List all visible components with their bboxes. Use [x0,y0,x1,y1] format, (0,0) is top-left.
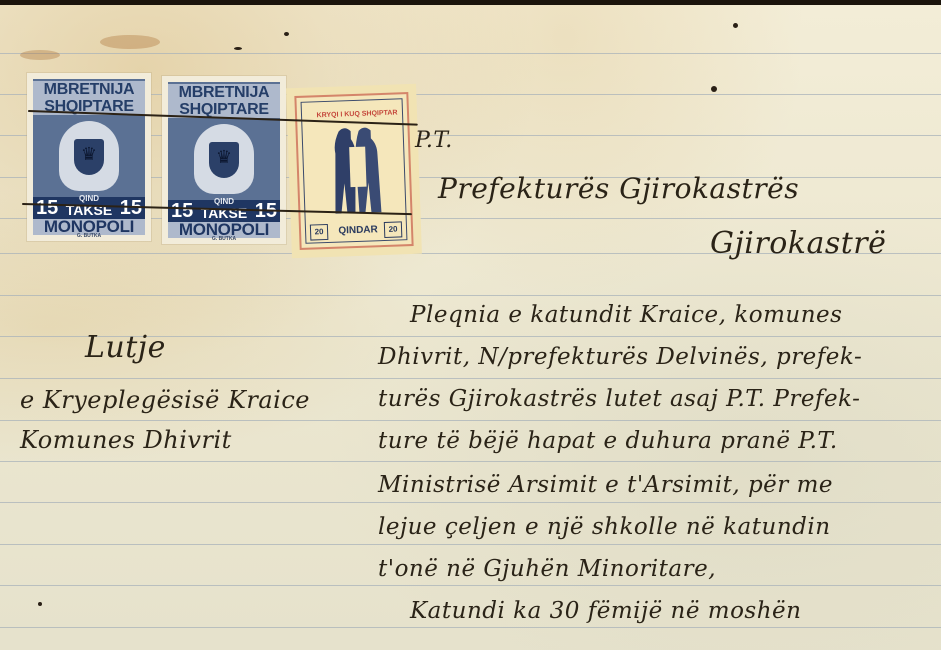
ruled-line [0,461,941,462]
ink-speck [733,23,738,28]
stamp-line1: MBRETNIJA [168,84,280,101]
ink-speck [38,602,42,606]
stain [100,35,160,49]
body-line-7: t'onë në Gjuhën Minoritare, [378,556,716,582]
side-note-line1: e Kryeplegësisë Kraice [20,386,310,414]
side-note-line2: Komunes Dhivrit [20,426,232,454]
coat-of-arms-icon: ♛ [59,121,119,191]
side-note-title: Lutje [85,330,166,365]
stamp-line1: MBRETNIJA [33,81,145,98]
city: Gjirokastrë [710,226,886,261]
red-cross-stamp: KRYQI I KUQ SHQIPTAR 20 QINDAR 20 [286,84,422,258]
stamp-top-text: KRYQI I KUQ SHQIPTAR [310,109,404,119]
ruled-line [0,502,941,503]
two-figures-icon [324,124,389,218]
ruled-line [0,585,941,586]
ink-speck [711,86,717,92]
body-line-8: Katundi ka 30 fëmijë në moshën [410,598,801,624]
ruled-line [0,378,941,379]
stamp-unit: QINDAR [334,222,383,240]
ruled-line [0,420,941,421]
stamp-printer: G. BUTKA [27,233,151,239]
body-line-6: lejue çeljen e një shkolle në katundin [378,514,831,540]
stamp-printer: G. BUTKA [162,236,286,242]
body-line-3: turës Gjirokastrës lutet asaj P.T. Prefe… [378,386,860,412]
body-line-5: Ministrisë Arsimit e t'Arsimit, për me [378,472,833,498]
ruled-line [0,544,941,545]
ruled-line [0,295,941,296]
ruled-line [0,53,941,54]
ink-speck [234,47,242,50]
ink-speck [284,32,289,36]
stamp-value-left: 20 [310,224,329,241]
body-line-4: ture të bëjë hapat e duhura pranë P.T. [378,428,838,454]
revenue-stamp-2: MBRETNIJA SHQIPTARE ♛ 15 15 QIND TAKSE M… [162,76,286,244]
salutation: P.T. [415,128,453,153]
stamp-value-right: 20 [384,221,403,238]
revenue-stamp-1: MBRETNIJA SHQIPTARE ♛ 15 15 QIND TAKSE M… [27,73,151,241]
coat-of-arms-icon: ♛ [194,124,254,194]
stain [20,50,60,60]
ruled-line [0,627,941,628]
body-line-1: Pleqnia e katundit Kraice, komunes [410,302,842,328]
body-line-2: Dhivrit, N/prefekturës Delvinës, prefek- [378,344,862,370]
recipient: Prefekturës Gjirokastrës [438,172,799,205]
